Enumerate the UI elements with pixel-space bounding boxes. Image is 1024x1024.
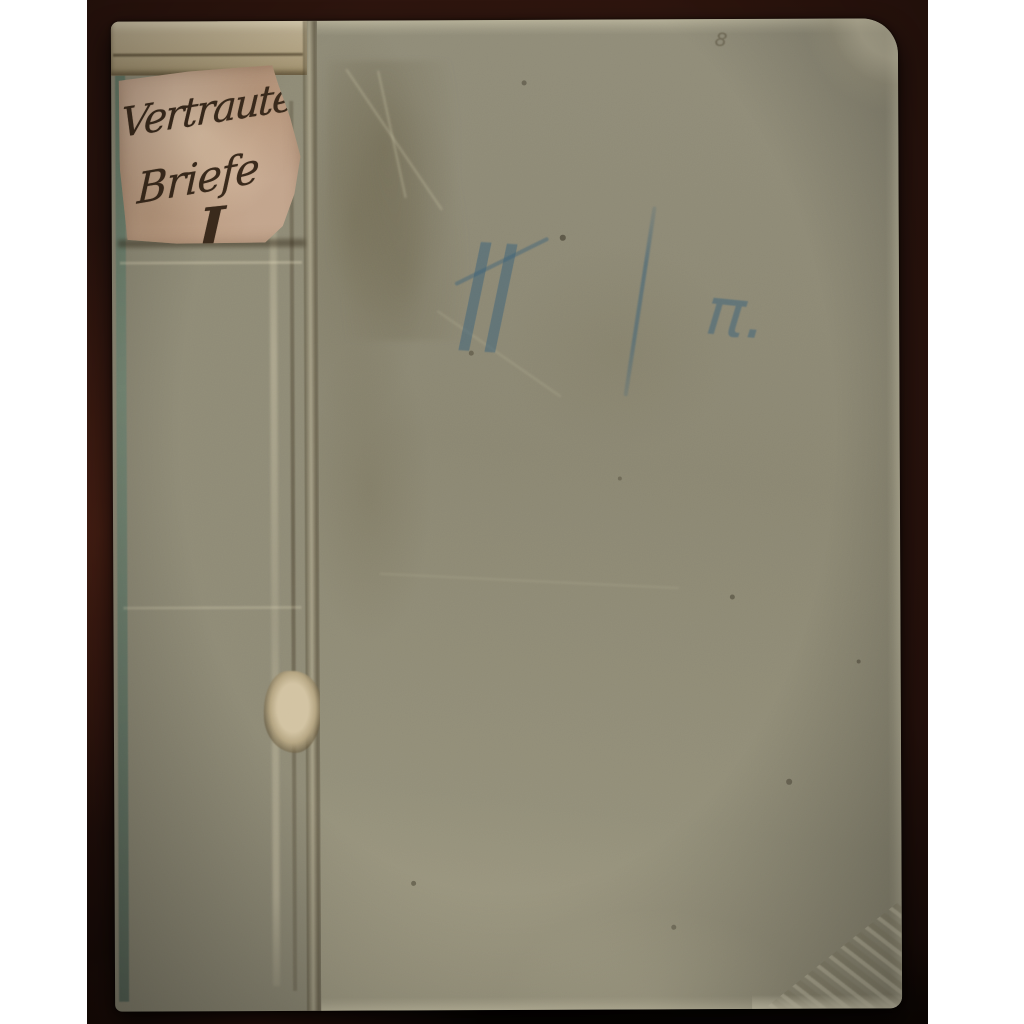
photograph-backdrop: Vertraute Briefe I II	[87, 0, 928, 1024]
photo-vignette	[87, 0, 928, 1024]
photo-page: Vertraute Briefe I II	[0, 0, 1024, 1024]
